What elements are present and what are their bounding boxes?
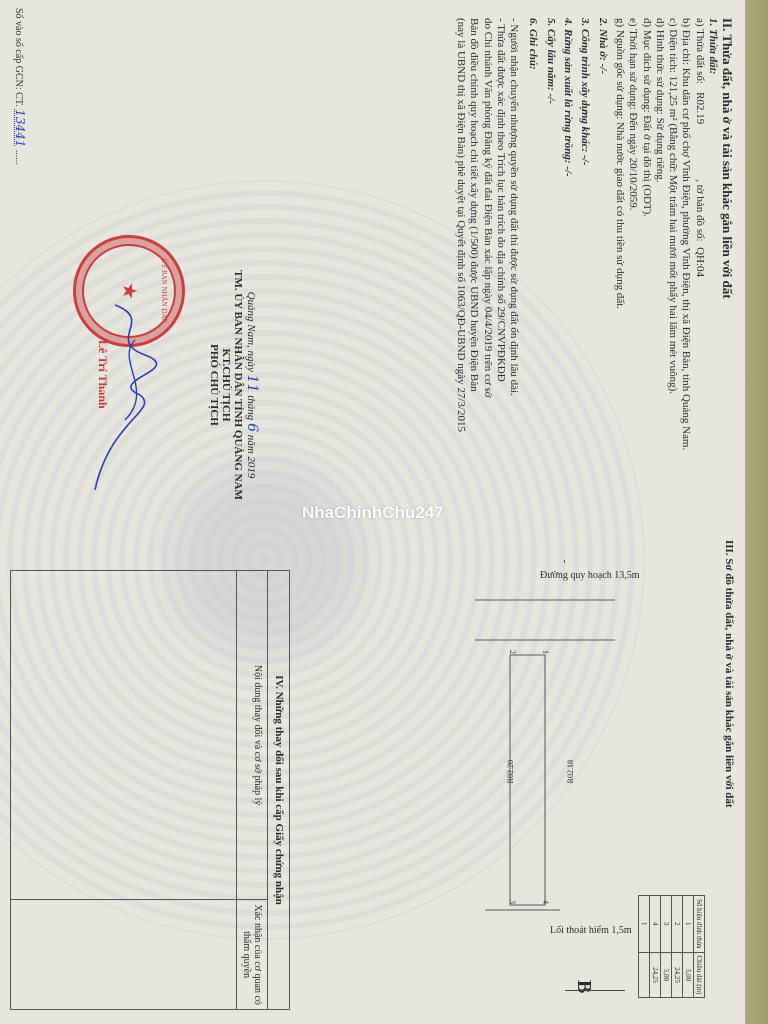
changes-content-header: Nội dung thay đổi và cơ sở pháp lý	[237, 571, 268, 900]
changes-content-cell	[11, 571, 237, 900]
star-icon: ★	[117, 282, 142, 300]
section3-title: III. Sơ đồ thửa đất, nhà ở và tài sản kh…	[723, 540, 735, 1010]
signer-title: PHÓ CHỦ TỊCH	[208, 230, 220, 540]
authority-confirmation-header: Xác nhận của cơ quan có thẩm quyền	[237, 900, 268, 1010]
issue-date: Quảng Nam, ngày 11 tháng 6 năm 2019	[244, 230, 260, 540]
plot-diagram	[445, 560, 625, 920]
vertex-label: 1	[541, 650, 550, 654]
usage-purpose: đ) Mục đích sử dụng: Đất ở tại đô thị (O…	[639, 18, 652, 538]
neighbor-left: R02.20	[506, 760, 515, 783]
address: b) Địa chỉ: Khu dân cư phố chợ Vĩnh Điện…	[679, 18, 692, 538]
usage-term: e) Thời hạn sử dụng: Đến ngày 20/10/2059…	[626, 18, 639, 538]
other-construction-item: 3. Công trình xây dựng khác: -/-	[578, 18, 591, 538]
parcel-number: a) Thửa đất số: R02.19 , tờ bản đồ số: Q…	[692, 18, 705, 538]
gcn-register-number: Số vào sổ cấp GCN: CT. 13441 ......	[13, 8, 27, 165]
note-line: - Người nhận chuyển nhượng quyền sử dụng…	[507, 18, 520, 538]
notes-heading: 6. Ghi chú:	[526, 18, 539, 538]
issuing-authority: TM. ỦY BAN NHÂN DÂN TỈNH QUẢNG NAM	[232, 230, 244, 540]
usage-origin: g) Nguồn gốc sử dụng: Nhà nước giao đất …	[613, 18, 626, 538]
issue-day: 11	[244, 375, 260, 393]
vertex-label: 4	[541, 900, 550, 904]
section-land-info: II. Thửa đất, nhà ở và tài sản khác gắn …	[454, 18, 735, 538]
house-item: 2. Nhà ở: -/-	[595, 18, 608, 538]
sub-land-title: 1. Thửa đất:	[706, 18, 719, 538]
north-arrow-icon	[565, 990, 625, 991]
gcn-number: 13441	[13, 109, 27, 147]
perennial-item: 5. Cây lâu năm: -/-	[543, 18, 556, 538]
usage-form: d) Hình thức sử dụng: Sử dụng riêng.	[653, 18, 666, 538]
north-arrow-label: B	[572, 980, 595, 993]
note-line: Bản đồ điều chỉnh quy hoạch chi tiết xây…	[467, 18, 480, 538]
watermark: NhaChinhChu247	[302, 503, 444, 523]
section4-title: IV. Những thay đổi sau khi cấp Giấy chứn…	[268, 571, 290, 1010]
alley-label: Lối thoát hiểm 1,5m	[550, 925, 632, 936]
section-plot-diagram: III. Sơ đồ thửa đất, nhà ở và tài sản kh…	[723, 540, 735, 1010]
on-behalf-of: KT.CHỦ TỊCH	[220, 230, 232, 540]
issue-month: 6	[244, 423, 260, 432]
note-line: (nay là UBND thị xã Điện Bàn) phê duyệt …	[454, 18, 467, 538]
changes-table: IV. Những thay đổi sau khi cấp Giấy chứn…	[10, 570, 290, 1010]
note-line: do Chi nhánh Văn phòng Đăng ký đất đai Đ…	[480, 18, 493, 538]
vertex-length-table: Số hiệu đỉnh thửa Chiều dài (m) 15,00 22…	[638, 895, 705, 998]
area: c) Diện tích: 121,25 m² (Bằng chữ: Một t…	[666, 18, 679, 538]
note-line: - Thửa đất được xác định theo Trích lục …	[494, 18, 507, 538]
section2-title: II. Thửa đất, nhà ở và tài sản khác gắn …	[719, 18, 735, 538]
signer-name: Lê Trí Thanh	[95, 340, 110, 409]
vertex-label: 3	[508, 900, 517, 904]
vertex-label: 2	[508, 650, 517, 654]
road-label: Đường quy hoạch 13,5m	[540, 570, 640, 581]
authority-confirmation-cell	[11, 900, 237, 1010]
neighbor-right: R02.18	[566, 760, 575, 783]
forest-item: 4. Rừng sản xuất là rừng trồng: -/-	[561, 18, 574, 538]
